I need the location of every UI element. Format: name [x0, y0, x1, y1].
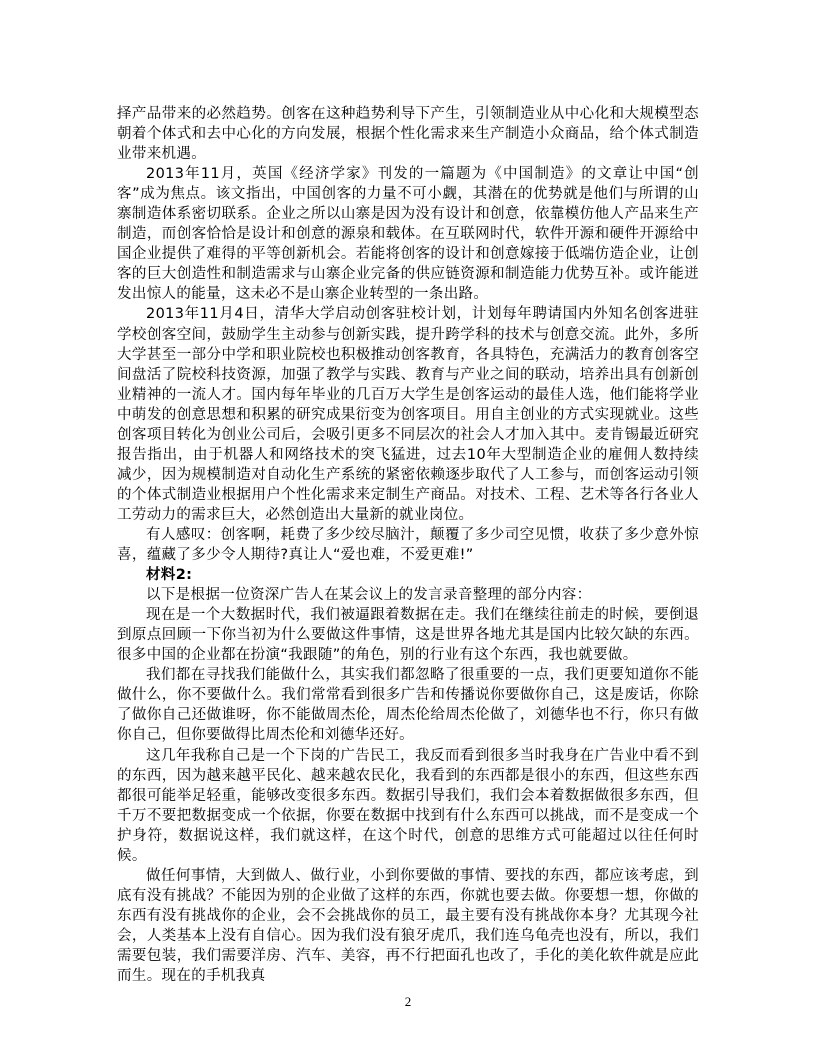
paragraph-sigh: 有人感叹：创客啊，耗费了多少绞尽脑汁，颠覆了多少司空见惯，收获了多少意外惊喜，蕴… [117, 525, 699, 565]
page-number: 2 [0, 994, 816, 1010]
paragraph-intro-material-2: 以下是根据一位资深广告人在某会议上的发言录音整理的部分内容： [117, 585, 699, 605]
paragraph-continuation: 择产品带来的必然趋势。创客在这种趋势利导下产生，引领制造业从中心化和大规模型态朝… [117, 104, 699, 164]
paragraph-big-data-era: 现在是一个大数据时代，我们被逼跟着数据在走。我们在继续往前走的时候，要倒退到原点… [117, 605, 699, 665]
paragraph-ad-worker: 这几年我称自己是一个下岗的广告民工，我反而看到很多当时我身在广告业中看不到的东西… [117, 746, 699, 866]
paragraph-be-yourself: 我们都在寻找我们能做什么，其实我们都忽略了很重要的一点，我们更要知道你不能做什么… [117, 665, 699, 745]
paragraph-economist-article: 2013年11月，英国《经济学家》刊发的一篇题为《中国制造》的文章让中国“创客”… [117, 164, 699, 304]
section-heading-material-2: 材料2: [117, 565, 699, 585]
paragraph-tsinghua-maker-program: 2013年11月4日，清华大学启动创客驻校计划，计划每年聘请国内外知名创客进驻学… [117, 304, 699, 525]
document-body: 择产品带来的必然趋势。创客在这种趋势利导下产生，引领制造业从中心化和大规模型态朝… [117, 104, 699, 986]
document-page: 择产品带来的必然趋势。创客在这种趋势利导下产生，引领制造业从中心化和大规模型态朝… [0, 0, 816, 1056]
paragraph-challenge: 做任何事情，大到做人、做行业，小到你要做的事情、要找的东西，都应该考虑，到底有没… [117, 866, 699, 986]
